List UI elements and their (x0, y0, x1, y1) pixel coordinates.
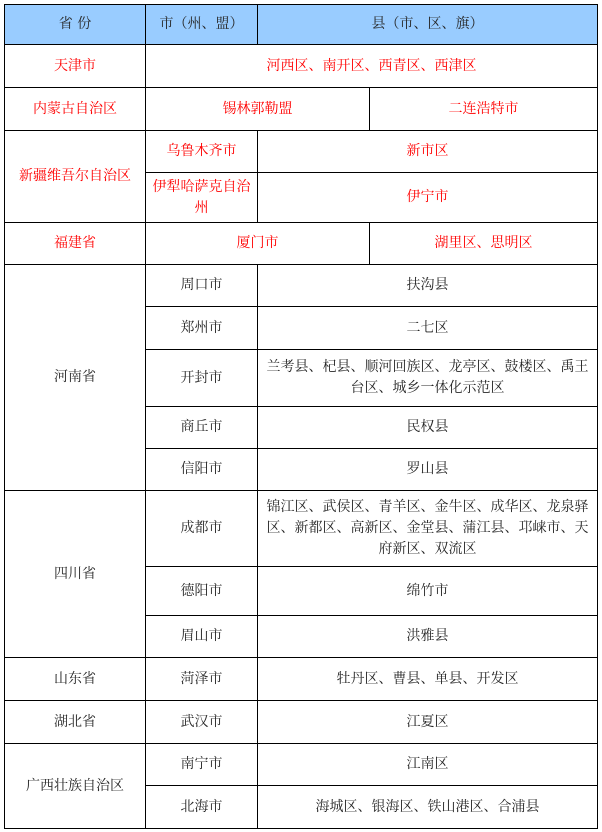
table-row-neimenggu: 内蒙古自治区 锡林郭勒盟 二连浩特市 (5, 88, 598, 131)
table-row-xinjiang: 新疆维吾尔自治区 乌鲁木齐市 新市区 (5, 131, 598, 173)
city-cell: 南宁市 (146, 744, 258, 786)
county-cell: 海城区、银海区、铁山港区、合浦县 (258, 786, 598, 829)
city-cell: 伊犁哈萨克自治州 (146, 173, 258, 223)
table-row-fujian: 福建省 厦门市 湖里区、思明区 (5, 223, 598, 265)
province-cell: 福建省 (5, 223, 146, 265)
city-cell: 德阳市 (146, 567, 258, 616)
header-county: 县（市、区、旗） (258, 5, 598, 45)
city-cell: 开封市 (146, 350, 258, 407)
county-cell: 二七区 (258, 307, 598, 350)
province-cell: 广西壮族自治区 (5, 744, 146, 829)
city-cell: 商丘市 (146, 407, 258, 449)
county-cell: 罗山县 (258, 449, 598, 491)
county-cell: 扶沟县 (258, 265, 598, 307)
province-cell: 河南省 (5, 265, 146, 491)
header-city: 市（州、盟） (146, 5, 258, 45)
region-table: 省 份 市（州、盟） 县（市、区、旗） 天津市 河西区、南开区、西青区、西津区 … (4, 4, 598, 829)
city-cell: 眉山市 (146, 616, 258, 658)
table-row-tianjin: 天津市 河西区、南开区、西青区、西津区 (5, 45, 598, 88)
county-cell: 江夏区 (258, 701, 598, 744)
province-cell: 新疆维吾尔自治区 (5, 131, 146, 223)
county-cell: 洪雅县 (258, 616, 598, 658)
county-cell: 牡丹区、曹县、单县、开发区 (258, 658, 598, 701)
table-row-henan: 河南省 周口市 扶沟县 (5, 265, 598, 307)
county-cell: 湖里区、思明区 (370, 223, 598, 265)
province-cell: 内蒙古自治区 (5, 88, 146, 131)
province-cell: 天津市 (5, 45, 146, 88)
city-cell: 北海市 (146, 786, 258, 829)
province-cell: 湖北省 (5, 701, 146, 744)
province-cell: 山东省 (5, 658, 146, 701)
city-cell: 乌鲁木齐市 (146, 131, 258, 173)
province-cell: 四川省 (5, 491, 146, 658)
header-province: 省 份 (5, 5, 146, 45)
city-cell: 信阳市 (146, 449, 258, 491)
city-cell: 郑州市 (146, 307, 258, 350)
table-row-hubei: 湖北省 武汉市 江夏区 (5, 701, 598, 744)
table-row-guangxi: 广西壮族自治区 南宁市 江南区 (5, 744, 598, 786)
county-cell: 民权县 (258, 407, 598, 449)
county-cell: 新市区 (258, 131, 598, 173)
city-cell: 锡林郭勒盟 (146, 88, 370, 131)
city-cell: 成都市 (146, 491, 258, 567)
header-row: 省 份 市（州、盟） 县（市、区、旗） (5, 5, 598, 45)
county-cell: 绵竹市 (258, 567, 598, 616)
city-cell: 菏泽市 (146, 658, 258, 701)
table-row-shandong: 山东省 菏泽市 牡丹区、曹县、单县、开发区 (5, 658, 598, 701)
county-cell: 江南区 (258, 744, 598, 786)
county-cell: 河西区、南开区、西青区、西津区 (146, 45, 598, 88)
table-row-sichuan: 四川省 成都市 锦江区、武侯区、青羊区、金牛区、成华区、龙泉驿区、新都区、高新区… (5, 491, 598, 567)
county-cell: 二连浩特市 (370, 88, 598, 131)
city-cell: 周口市 (146, 265, 258, 307)
county-cell: 兰考县、杞县、顺河回族区、龙亭区、鼓楼区、禹王台区、城乡一体化示范区 (258, 350, 598, 407)
county-cell: 伊宁市 (258, 173, 598, 223)
county-cell: 锦江区、武侯区、青羊区、金牛区、成华区、龙泉驿区、新都区、高新区、金堂县、蒲江县… (258, 491, 598, 567)
city-cell: 武汉市 (146, 701, 258, 744)
city-cell: 厦门市 (146, 223, 370, 265)
